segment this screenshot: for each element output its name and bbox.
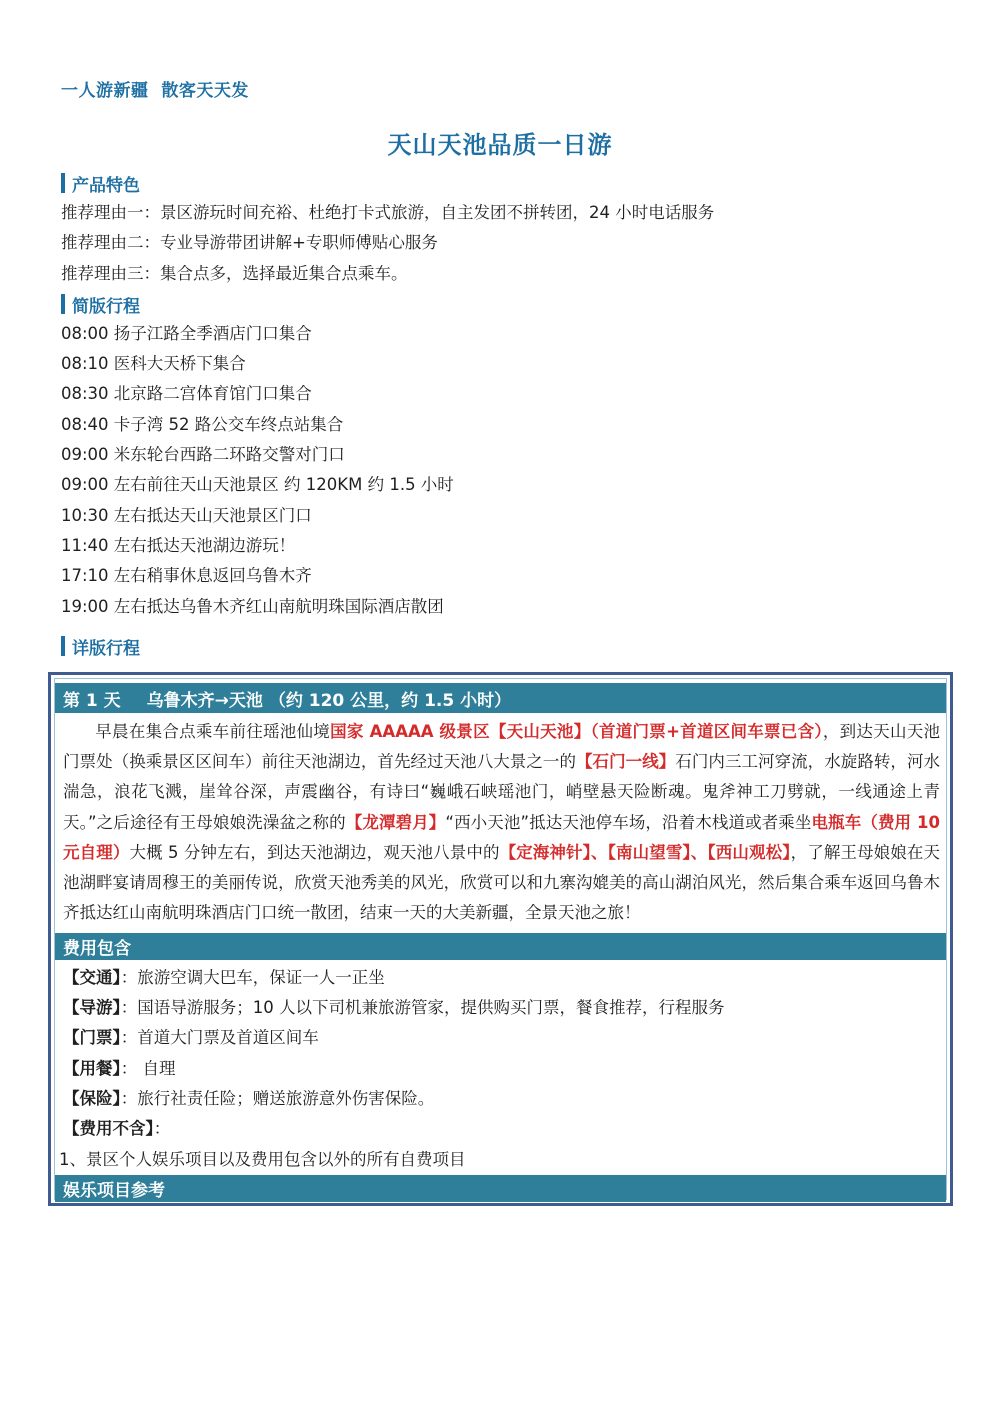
detailed-itinerary-inner: 第 1 天 乌鲁木齐→天池 （约 120 公里，约 1.5 小时） 早晨在集合点…	[54, 678, 947, 1200]
schedule-item: 09:00 米东轮台西路二环路交警对门口	[61, 444, 345, 466]
excluded-heading: 【费用不含】：	[63, 1118, 170, 1140]
included-value: ：旅游空调大巴车，保证一人一正坐	[121, 968, 385, 987]
included-heading: 费用包含	[63, 934, 131, 959]
desc-highlight: 【龙潭碧月】	[346, 813, 446, 832]
schedule-item: 09:00 左右前往天山天池景区 约 120KM 约 1.5 小时	[61, 474, 454, 496]
included-header-band: 费用包含	[55, 933, 946, 960]
desc-segment: 早晨在集合点乘车前往瑶池仙境	[95, 722, 330, 741]
included-key: 【导游】	[63, 998, 121, 1017]
section-heading-label: 简版行程	[72, 292, 140, 317]
feature-item: 推荐理由一：景区游玩时间充裕、杜绝打卡式旅游，自主发团不拼转团，24 小时电话服…	[61, 202, 714, 224]
included-value: ：国语导游服务；10 人以下司机兼旅游管家，提供购买门票，餐食推荐，行程服务	[121, 998, 725, 1017]
desc-highlight: 【定海神针】、【南山望雪】、【西山观松】	[500, 843, 791, 862]
day-description: 早晨在集合点乘车前往瑶池仙境国家 AAAAA 级景区【天山天池】（首道门票+首道…	[63, 717, 940, 928]
schedule-item: 11:40 左右抵达天池湖边游玩！	[61, 535, 295, 557]
included-value: ：旅行社责任险；赠送旅游意外伤害保险。	[121, 1089, 435, 1108]
included-item: 【保险】：旅行社责任险；赠送旅游意外伤害保险。	[63, 1088, 434, 1110]
included-key: 【门票】	[63, 1028, 121, 1047]
schedule-item: 08:10 医科大天桥下集合	[61, 353, 246, 375]
included-item: 【门票】：首道大门票及首道区间车	[63, 1027, 319, 1049]
excluded-key: 【费用不含】	[63, 1119, 154, 1138]
included-item: 【用餐】： 自理	[63, 1058, 176, 1080]
entertainment-heading: 娱乐项目参考	[63, 1176, 165, 1201]
day-label: 第 1 天	[63, 686, 121, 711]
desc-highlight: 国家 AAAAA 级景区【天山天池】（首道门票+首道区间车票已含）	[330, 722, 823, 741]
section-heading-label: 详版行程	[72, 634, 140, 659]
desc-highlight: 【石门一线】	[576, 752, 675, 771]
feature-item: 推荐理由三：集合点多，选择最近集合点乘车。	[61, 263, 408, 285]
day-header-band: 第 1 天 乌鲁木齐→天池 （约 120 公里，约 1.5 小时）	[55, 683, 946, 713]
included-item: 【交通】：旅游空调大巴车，保证一人一正坐	[63, 967, 385, 989]
included-value: ： 自理	[121, 1059, 176, 1078]
section-heading-features: 产品特色	[61, 171, 140, 195]
included-item: 【导游】：国语导游服务；10 人以下司机兼旅游管家，提供购买门票，餐食推荐，行程…	[63, 997, 725, 1019]
heading-accent-bar	[61, 294, 65, 314]
section-heading-brief: 简版行程	[61, 292, 140, 316]
excluded-item: 1、景区个人娱乐项目以及费用包含以外的所有自费项目	[59, 1149, 466, 1171]
page-title: 天山天池品质一日游	[0, 125, 1000, 160]
included-value: ：首道大门票及首道区间车	[121, 1028, 319, 1047]
heading-accent-bar	[61, 173, 65, 193]
entertainment-header-band: 娱乐项目参考	[55, 1175, 946, 1202]
included-key: 【用餐】	[63, 1059, 121, 1078]
detailed-itinerary-box: 第 1 天 乌鲁木齐→天池 （约 120 公里，约 1.5 小时） 早晨在集合点…	[48, 672, 953, 1206]
excluded-colon: ：	[154, 1119, 171, 1138]
included-key: 【保险】	[63, 1089, 121, 1108]
section-heading-label: 产品特色	[72, 171, 140, 196]
itinerary-page: 一人游新疆 散客天天发 天山天池品质一日游 产品特色 推荐理由一：景区游玩时间充…	[0, 0, 1000, 1414]
schedule-item: 17:10 左右稍事休息返回乌鲁木齐	[61, 565, 312, 587]
brand-slogan: 一人游新疆 散客天天发	[61, 76, 249, 101]
schedule-item: 08:00 扬子江路全季酒店门口集合	[61, 323, 312, 345]
schedule-item: 08:30 北京路二宫体育馆门口集合	[61, 383, 312, 405]
included-key: 【交通】	[63, 968, 121, 987]
feature-item: 推荐理由二：专业导游带团讲解+专职师傅贴心服务	[61, 232, 438, 254]
day-route: 乌鲁木齐→天池 （约 120 公里，约 1.5 小时）	[147, 686, 511, 711]
heading-accent-bar	[61, 636, 65, 656]
desc-segment: “西小天池”抵达天池停车场，沿着木栈道或者乘坐	[445, 813, 811, 832]
schedule-item: 19:00 左右抵达乌鲁木齐红山南航明珠国际酒店散团	[61, 596, 444, 618]
desc-segment: 大概 5 分钟左右，到达天池湖边，观天池八景中的	[129, 843, 499, 862]
schedule-item: 08:40 卡子湾 52 路公交车终点站集合	[61, 414, 343, 436]
section-heading-detail: 详版行程	[61, 634, 140, 658]
schedule-item: 10:30 左右抵达天山天池景区门口	[61, 505, 312, 527]
